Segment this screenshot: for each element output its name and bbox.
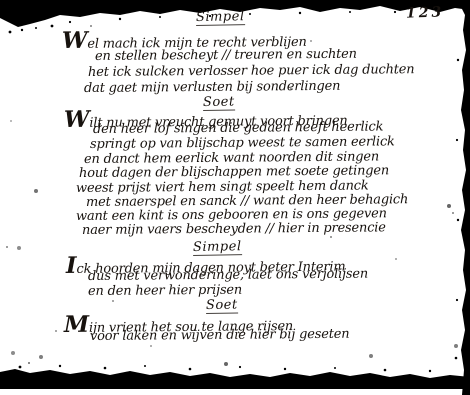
manuscript-line: springt op van blijschap weest te samen … <box>90 135 395 151</box>
manuscript-line: naer mijn vaers bescheyden // hier in pr… <box>82 221 386 237</box>
manuscript-line: het ick sulcken verlosser hoe puer ick d… <box>88 63 415 79</box>
fly-speck-noise <box>0 0 2 2</box>
manuscript-line: den heer lof singen die gedaen heeft hee… <box>93 120 383 136</box>
manuscript-line: en den heer hier prijsen <box>88 284 242 298</box>
manuscript-line: dat gaet mijn verlusten bij sonderlingen <box>84 80 340 95</box>
speaker-heading-simpel-1: Simpel <box>196 10 245 26</box>
manuscript-line: dus met verwonderinge, laet ons verjolij… <box>88 268 368 283</box>
page-number: 123 <box>405 4 444 21</box>
manuscript-line: hout dagen der blijschappen met soete ge… <box>79 164 389 180</box>
manuscript-line: voor laken en wijven die hier bij gesete… <box>90 328 349 343</box>
manuscript-line: en stellen bescheyt // treuren en suchte… <box>95 48 357 63</box>
manuscript-page: 123 Simpel Wel mach ick mijn te recht ve… <box>0 0 470 395</box>
